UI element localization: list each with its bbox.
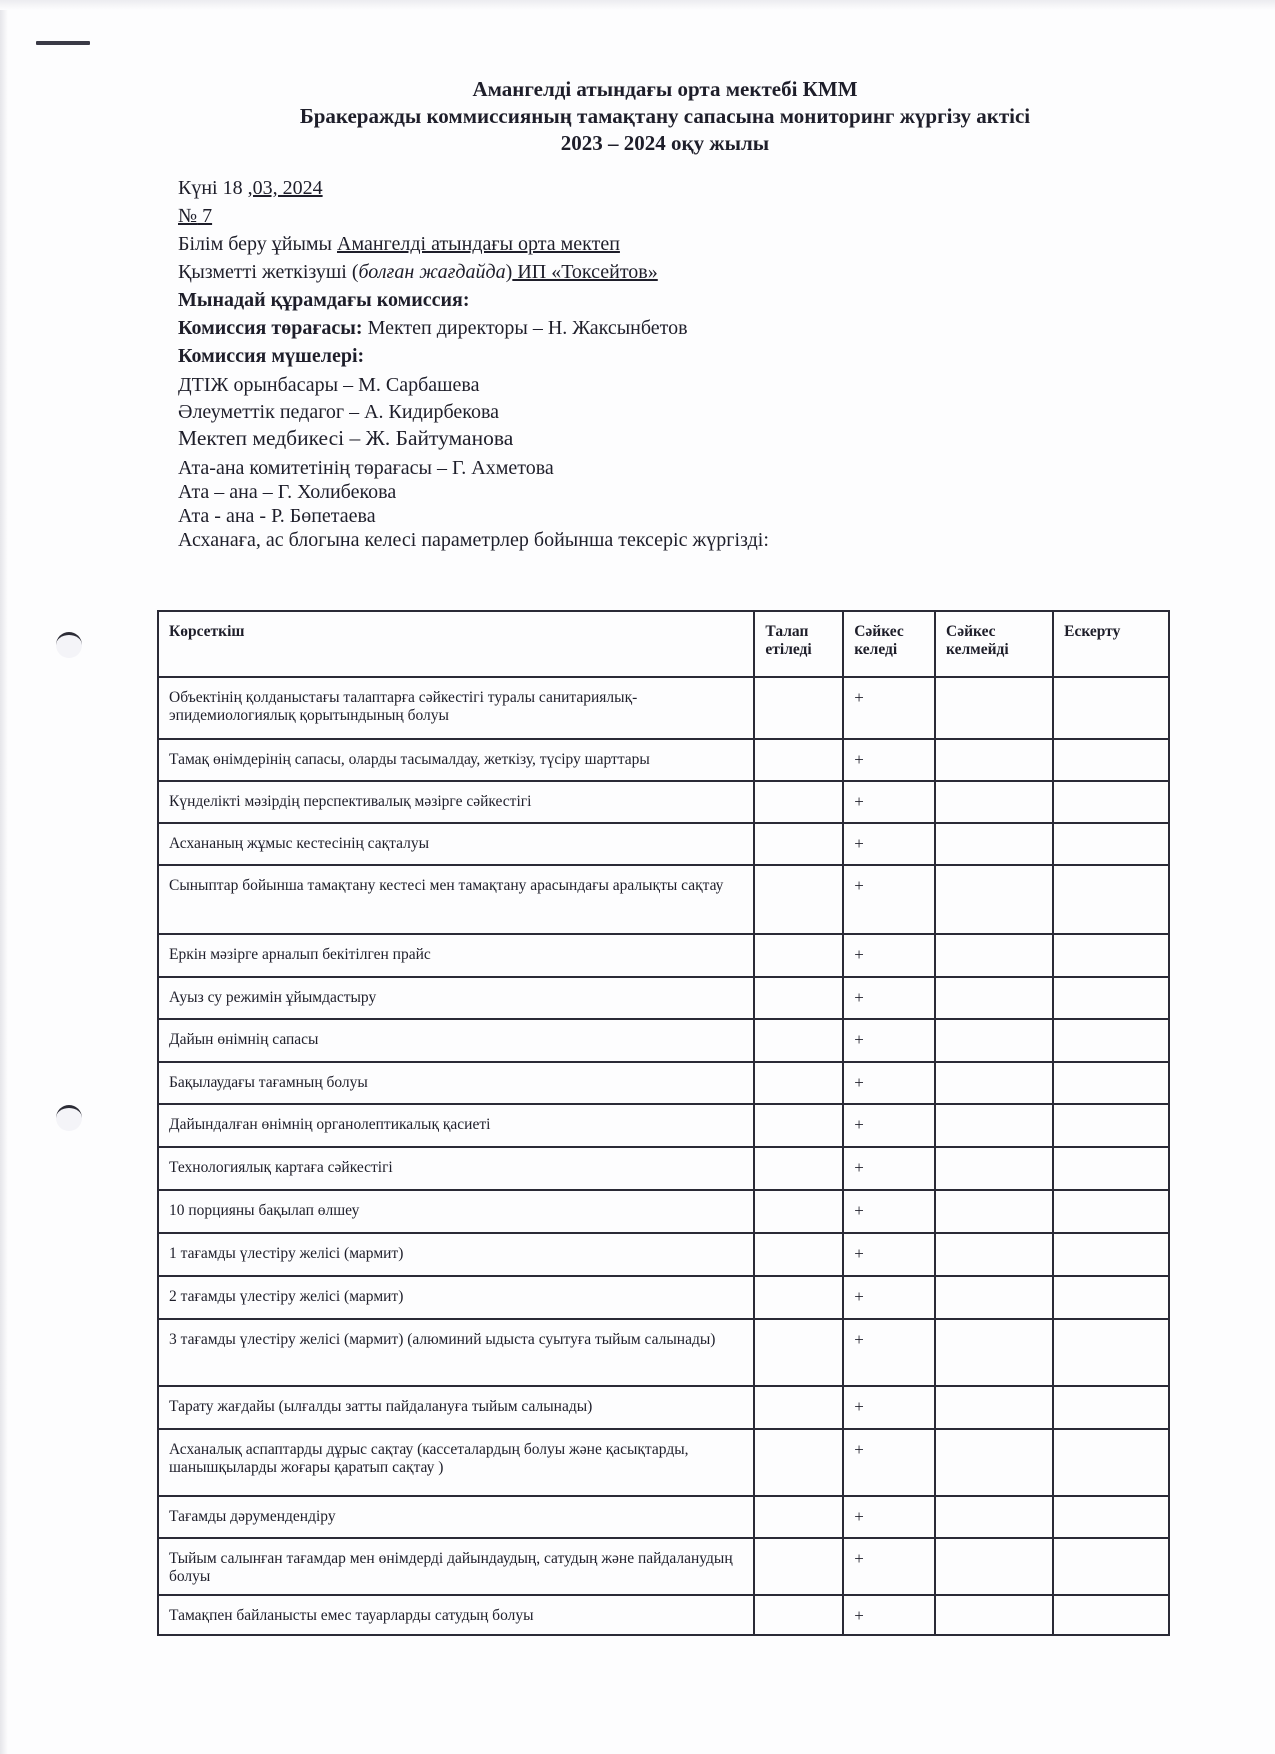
cell-compliant: + xyxy=(843,934,935,977)
table-row: Тағамды дәрумендендіру+ xyxy=(158,1496,1169,1538)
column-header-required: Талап етіледі xyxy=(754,611,843,677)
cell-note xyxy=(1053,739,1169,781)
cell-required xyxy=(754,977,843,1019)
cell-non-compliant xyxy=(935,1019,1053,1062)
cell-required xyxy=(754,1429,843,1496)
table-row: Асханалық аспаптарды дұрыс сақтау (кассе… xyxy=(158,1429,1169,1496)
cell-required xyxy=(754,1386,843,1429)
cell-required xyxy=(754,1233,843,1276)
cell-required xyxy=(754,823,843,865)
cell-compliant: + xyxy=(843,1147,935,1190)
cell-note xyxy=(1053,1496,1169,1538)
composition-heading: Мынадай құрамдағы комиссия: xyxy=(178,288,470,312)
member-item: Ата – ана – Г. Холибекова xyxy=(178,480,396,504)
organization-line: Білім беру ұйымы Амангелді атындағы орта… xyxy=(178,232,620,256)
scan-edge-shadow xyxy=(0,0,8,1754)
cell-indicator: Асханалық аспаптарды дұрыс сақтау (кассе… xyxy=(158,1429,754,1496)
cell-non-compliant xyxy=(935,1386,1053,1429)
column-header-compliant: Сәйкес келеді xyxy=(843,611,935,677)
cell-compliant: + xyxy=(843,1538,935,1595)
member-item: Ата - ана - Р. Бөпетаева xyxy=(178,504,376,528)
member-item: Ата-ана комитетінің төрағасы – Г. Ахмето… xyxy=(178,456,554,480)
organization-value: Амангелді атындағы орта мектеп xyxy=(337,233,620,255)
cell-required xyxy=(754,1019,843,1062)
table-row: Күнделікті мәзірдің перспективалық мәзір… xyxy=(158,781,1169,823)
academic-year-title: 2023 – 2024 оқу жылы xyxy=(0,130,1275,157)
cell-non-compliant xyxy=(935,1147,1053,1190)
cell-indicator: Дайындалған өнімнің органолептикалық қас… xyxy=(158,1104,754,1147)
table-row: Ауыз су режимін ұйымдастыру+ xyxy=(158,977,1169,1019)
table-row: 10 порцияны бақылап өлшеу+ xyxy=(158,1190,1169,1233)
cell-compliant: + xyxy=(843,1429,935,1496)
cell-required xyxy=(754,677,843,739)
cell-non-compliant xyxy=(935,1429,1053,1496)
cell-indicator: 3 тағамды үлестіру желісі (мармит) (алюм… xyxy=(158,1319,754,1386)
cell-compliant: + xyxy=(843,781,935,823)
cell-note xyxy=(1053,1429,1169,1496)
number-value: 7 xyxy=(197,205,212,227)
cell-indicator: Объектінің қолданыстағы талаптарға сәйке… xyxy=(158,677,754,739)
members-heading: Комиссия мүшелері: xyxy=(178,344,364,368)
cell-non-compliant xyxy=(935,977,1053,1019)
cell-note xyxy=(1053,1019,1169,1062)
column-header-indicator: Көрсеткіш xyxy=(158,611,754,677)
cell-note xyxy=(1053,934,1169,977)
staple-mark-icon xyxy=(36,41,90,45)
document-title: Бракеражды коммиссияның тамақтану сапасы… xyxy=(0,103,1275,130)
table-row: Тамақпен байланысты емес тауарларды сату… xyxy=(158,1595,1169,1635)
cell-non-compliant xyxy=(935,865,1053,934)
table-row: Тарату жағдайы (ылғалды затты пайдалануғ… xyxy=(158,1386,1169,1429)
table-row: Бақылаудағы тағамның болуы+ xyxy=(158,1062,1169,1104)
cell-note xyxy=(1053,1062,1169,1104)
date-line: Күні 18 ,03, 2024 xyxy=(178,176,323,200)
member-item: ДТІЖ орынбасары – М. Сарбашева xyxy=(178,373,479,397)
cell-note xyxy=(1053,1538,1169,1595)
cell-indicator: Асхананың жұмыс кестесінің сақталуы xyxy=(158,823,754,865)
cell-note xyxy=(1053,1147,1169,1190)
cell-required xyxy=(754,1147,843,1190)
cell-compliant: + xyxy=(843,1233,935,1276)
cell-compliant: + xyxy=(843,1319,935,1386)
cell-note xyxy=(1053,1319,1169,1386)
table-row: 2 тағамды үлестіру желісі (мармит)+ xyxy=(158,1276,1169,1319)
cell-required xyxy=(754,934,843,977)
provider-value: ИП «Токсейтов» xyxy=(512,261,657,283)
cell-non-compliant xyxy=(935,1319,1053,1386)
cell-note xyxy=(1053,677,1169,739)
cell-compliant: + xyxy=(843,1386,935,1429)
cell-note xyxy=(1053,865,1169,934)
cell-indicator: Бақылаудағы тағамның болуы xyxy=(158,1062,754,1104)
cell-compliant: + xyxy=(843,1595,935,1635)
cell-compliant: + xyxy=(843,677,935,739)
cell-required xyxy=(754,865,843,934)
cell-compliant: + xyxy=(843,977,935,1019)
punch-hole-icon xyxy=(56,1105,82,1131)
chair-value: Мектеп директоры – Н. Жаксынбетов xyxy=(363,317,688,339)
cell-indicator: Ауыз су режимін ұйымдастыру xyxy=(158,977,754,1019)
cell-required xyxy=(754,1190,843,1233)
school-name-title: Амангелді атындағы орта мектебі КММ xyxy=(0,76,1275,103)
chair-line: Комиссия төрағасы: Мектеп директоры – Н.… xyxy=(178,316,688,340)
cell-required xyxy=(754,1595,843,1635)
cell-required xyxy=(754,781,843,823)
cell-note xyxy=(1053,1190,1169,1233)
cell-indicator: Күнделікті мәзірдің перспективалық мәзір… xyxy=(158,781,754,823)
cell-non-compliant xyxy=(935,1104,1053,1147)
cell-compliant: + xyxy=(843,739,935,781)
chair-label: Комиссия төрағасы: xyxy=(178,317,363,339)
table-row: Еркін мәзірге арналып бекітілген прайс+ xyxy=(158,934,1169,977)
cell-indicator: Дайын өнімнің сапасы xyxy=(158,1019,754,1062)
organization-label: Білім беру ұйымы xyxy=(178,233,337,255)
date-label: Күні 18 xyxy=(178,177,248,199)
table-row: Объектінің қолданыстағы талаптарға сәйке… xyxy=(158,677,1169,739)
cell-indicator: Технологиялық картаға сәйкестігі xyxy=(158,1147,754,1190)
cell-compliant: + xyxy=(843,1190,935,1233)
cell-indicator: Тамақ өнімдерінің сапасы, оларды тасымал… xyxy=(158,739,754,781)
cell-indicator: Еркін мәзірге арналып бекітілген прайс xyxy=(158,934,754,977)
cell-note xyxy=(1053,1595,1169,1635)
cell-indicator: Тарату жағдайы (ылғалды затты пайдалануғ… xyxy=(158,1386,754,1429)
cell-non-compliant xyxy=(935,1496,1053,1538)
cell-indicator: Тыйым салынған тағамдар мен өнімдерді да… xyxy=(158,1538,754,1595)
cell-non-compliant xyxy=(935,1233,1053,1276)
scan-top-shadow xyxy=(0,0,1275,10)
cell-indicator: Тамақпен байланысты емес тауарларды сату… xyxy=(158,1595,754,1635)
cell-non-compliant xyxy=(935,1595,1053,1635)
cell-non-compliant xyxy=(935,781,1053,823)
number-line: № 7 xyxy=(178,204,212,228)
cell-indicator: Сыныптар бойынша тамақтану кестесі мен т… xyxy=(158,865,754,934)
table-row: Асхананың жұмыс кестесінің сақталуы+ xyxy=(158,823,1169,865)
cell-non-compliant xyxy=(935,1276,1053,1319)
table-row: Сыныптар бойынша тамақтану кестесі мен т… xyxy=(158,865,1169,934)
cell-required xyxy=(754,1496,843,1538)
member-item: Мектеп медбикесі – Ж. Байтуманова xyxy=(178,426,513,450)
punch-hole-icon xyxy=(56,632,82,658)
cell-compliant: + xyxy=(843,1104,935,1147)
cell-non-compliant xyxy=(935,677,1053,739)
cell-compliant: + xyxy=(843,1276,935,1319)
cell-indicator: 10 порцияны бақылап өлшеу xyxy=(158,1190,754,1233)
cell-compliant: + xyxy=(843,865,935,934)
table-row: Тамақ өнімдерінің сапасы, оларды тасымал… xyxy=(158,739,1169,781)
cell-required xyxy=(754,1319,843,1386)
cell-non-compliant xyxy=(935,934,1053,977)
table-header-row: Көрсеткіш Талап етіледі Сәйкес келеді Сә… xyxy=(158,611,1169,677)
cell-required xyxy=(754,1276,843,1319)
cell-compliant: + xyxy=(843,823,935,865)
cell-note xyxy=(1053,1104,1169,1147)
cell-indicator: 1 тағамды үлестіру желісі (мармит) xyxy=(158,1233,754,1276)
cell-compliant: + xyxy=(843,1062,935,1104)
table-row: 1 тағамды үлестіру желісі (мармит)+ xyxy=(158,1233,1169,1276)
cell-required xyxy=(754,739,843,781)
cell-note xyxy=(1053,1276,1169,1319)
cell-non-compliant xyxy=(935,1538,1053,1595)
cell-indicator: 2 тағамды үлестіру желісі (мармит) xyxy=(158,1276,754,1319)
provider-line: Қызметті жеткізуші (болған жағдайда) ИП … xyxy=(178,260,658,284)
inspection-intro: Асханаға, ас блогына келесі параметрлер … xyxy=(178,528,769,552)
cell-note xyxy=(1053,823,1169,865)
member-item: Әлеуметтік педагог – А. Кидирбекова xyxy=(178,400,499,424)
cell-non-compliant xyxy=(935,823,1053,865)
inspection-table: Көрсеткіш Талап етіледі Сәйкес келеді Сә… xyxy=(157,610,1170,1636)
table-row: Дайындалған өнімнің органолептикалық қас… xyxy=(158,1104,1169,1147)
cell-non-compliant xyxy=(935,1190,1053,1233)
cell-required xyxy=(754,1062,843,1104)
table-row: Дайын өнімнің сапасы+ xyxy=(158,1019,1169,1062)
provider-label: Қызметті жеткізуші ( xyxy=(178,261,359,283)
column-header-non-compliant: Сәйкес келмейді xyxy=(935,611,1053,677)
cell-required xyxy=(754,1104,843,1147)
cell-compliant: + xyxy=(843,1496,935,1538)
cell-non-compliant xyxy=(935,1062,1053,1104)
cell-note xyxy=(1053,1386,1169,1429)
cell-note xyxy=(1053,977,1169,1019)
table-row: Технологиялық картаға сәйкестігі+ xyxy=(158,1147,1169,1190)
column-header-note: Ескерту xyxy=(1053,611,1169,677)
number-label: № xyxy=(178,205,197,227)
provider-qualifier: болған жағдайда xyxy=(359,261,506,283)
table-row: Тыйым салынған тағамдар мен өнімдерді да… xyxy=(158,1538,1169,1595)
table-row: 3 тағамды үлестіру желісі (мармит) (алюм… xyxy=(158,1319,1169,1386)
cell-indicator: Тағамды дәрумендендіру xyxy=(158,1496,754,1538)
cell-required xyxy=(754,1538,843,1595)
date-value: ,03, 2024 xyxy=(248,177,323,199)
cell-compliant: + xyxy=(843,1019,935,1062)
cell-non-compliant xyxy=(935,739,1053,781)
cell-note xyxy=(1053,1233,1169,1276)
cell-note xyxy=(1053,781,1169,823)
